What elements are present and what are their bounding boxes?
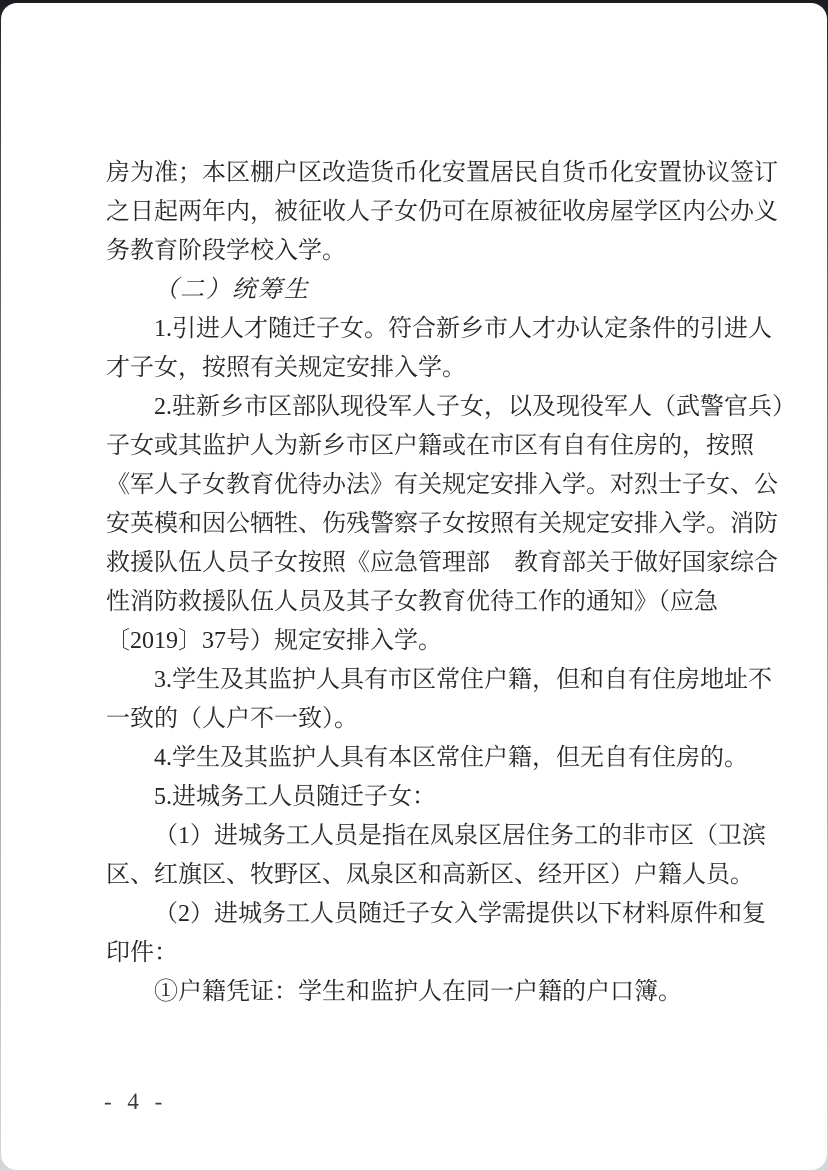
document-line: 5.进城务工人员随迁子女： [106, 778, 766, 817]
document-line: （1）进城务工人员是指在凤泉区居住务工的非市区（卫滨 [106, 817, 766, 856]
page-number: - 4 - [104, 1088, 167, 1116]
document-line: 《军人子女教育优待办法》有关规定安排入学。对烈士子女、公 [106, 466, 766, 505]
document-line: 3.学生及其监护人具有市区常住户籍，但和自有住房地址不 [106, 661, 766, 700]
section-heading: （二）统筹生 [106, 271, 766, 310]
document-line: （2）进城务工人员随迁子女入学需提供以下材料原件和复 [106, 895, 766, 934]
document-line: 房为准；本区棚户区改造货币化安置居民自货币化安置协议签订 [106, 154, 766, 193]
document-line: 性消防救援队伍人员及其子女教育优待工作的通知》（应急 [106, 583, 766, 622]
document-line: 2.驻新乡市区部队现役军人子女，以及现役军人（武警官兵） [106, 388, 766, 427]
document-line: 4.学生及其监护人具有本区常住户籍，但无自有住房的。 [106, 739, 766, 778]
document-line: 才子女，按照有关规定安排入学。 [106, 349, 766, 388]
document-line: 之日起两年内，被征收人子女仍可在原被征收房屋学区内公办义 [106, 193, 766, 232]
document-body: 房为准；本区棚户区改造货币化安置居民自货币化安置协议签订 之日起两年内，被征收人… [106, 154, 766, 1012]
document-line: 区、红旗区、牧野区、凤泉区和高新区、经开区）户籍人员。 [106, 856, 766, 895]
document-line: 〔2019〕37号）规定安排入学。 [106, 622, 766, 661]
document-line: 安英模和因公牺牲、伤残警察子女按照有关规定安排入学。消防 [106, 505, 766, 544]
document-line: 一致的（人户不一致）。 [106, 700, 766, 739]
document-page: 房为准；本区棚户区改造货币化安置居民自货币化安置协议签订 之日起两年内，被征收人… [1, 3, 827, 1170]
document-line: 子女或其监护人为新乡市区户籍或在市区有自有住房的，按照 [106, 427, 766, 466]
document-line: 救援队伍人员子女按照《应急管理部 教育部关于做好国家综合 [106, 544, 766, 583]
document-line: 印件： [106, 934, 766, 973]
document-line: 1.引进人才随迁子女。符合新乡市人才办认定条件的引进人 [106, 310, 766, 349]
document-line: ①户籍凭证：学生和监护人在同一户籍的户口簿。 [106, 973, 766, 1012]
document-line: 务教育阶段学校入学。 [106, 232, 766, 271]
